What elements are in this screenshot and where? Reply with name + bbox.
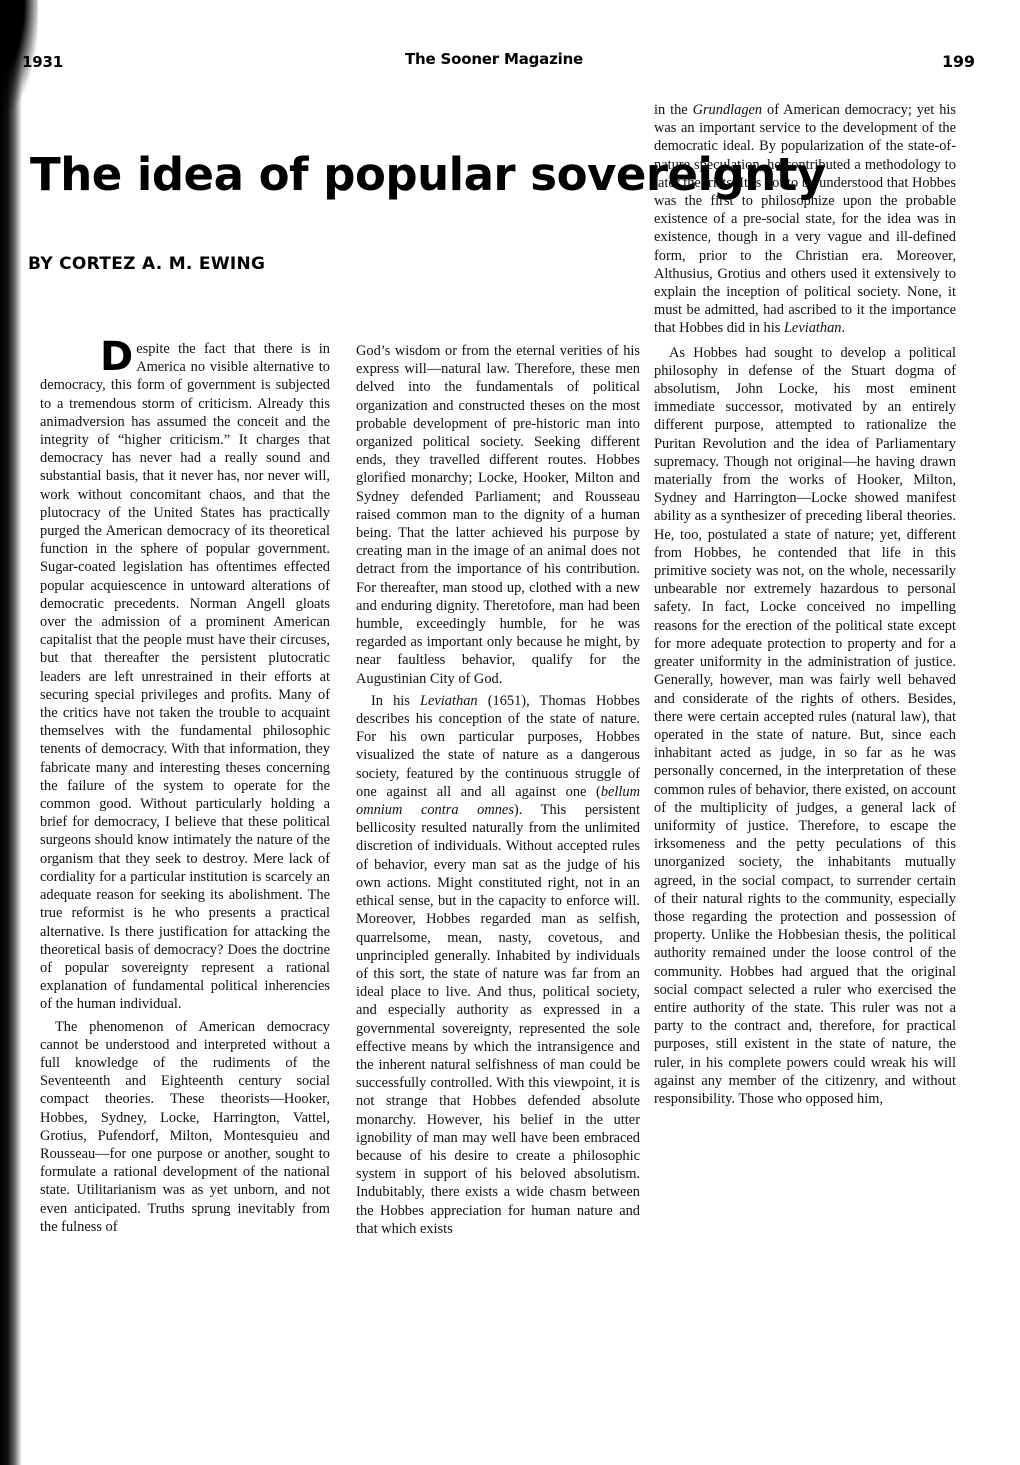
running-head-year: 1931: [22, 53, 63, 71]
italic-term: Grundlagen: [693, 102, 763, 118]
text-run: of American democracy; yet his was an im…: [654, 102, 956, 336]
paragraph: In his Leviathan (1651), Thomas Hobbes d…: [356, 692, 640, 1238]
text-run: In his: [371, 693, 420, 709]
paragraph: Despite the fact that there is in Americ…: [40, 340, 330, 1014]
paragraph: As Hobbes had sought to develop a politi…: [654, 344, 956, 1109]
italic-book-title: Leviathan: [420, 693, 478, 709]
text-run: ). This persistent bellicosity resulted …: [356, 802, 640, 1237]
text-run: .: [841, 320, 845, 336]
italic-book-title: Leviathan: [784, 320, 842, 336]
paragraph: in the Grundlagen of American democracy;…: [654, 101, 956, 338]
text-column-2: God’s wisdom or from the eternal veritie…: [356, 342, 640, 1238]
text-column-1: Despite the fact that there is in Americ…: [40, 340, 330, 1236]
paragraph-text: espite the fact that there is in America…: [40, 341, 330, 1012]
drop-cap: D: [100, 342, 133, 372]
scanned-page-edge: [0, 0, 22, 1465]
running-head-magazine: The Sooner Magazine: [405, 50, 583, 68]
text-run: in the: [654, 102, 693, 118]
text-column-3: in the Grundlagen of American democracy;…: [654, 49, 956, 1108]
paragraph: The phenomenon of American democracy can…: [40, 1018, 330, 1236]
paragraph: God’s wisdom or from the eternal veritie…: [356, 342, 640, 688]
byline: BY CORTEZ A. M. EWING: [28, 254, 265, 274]
